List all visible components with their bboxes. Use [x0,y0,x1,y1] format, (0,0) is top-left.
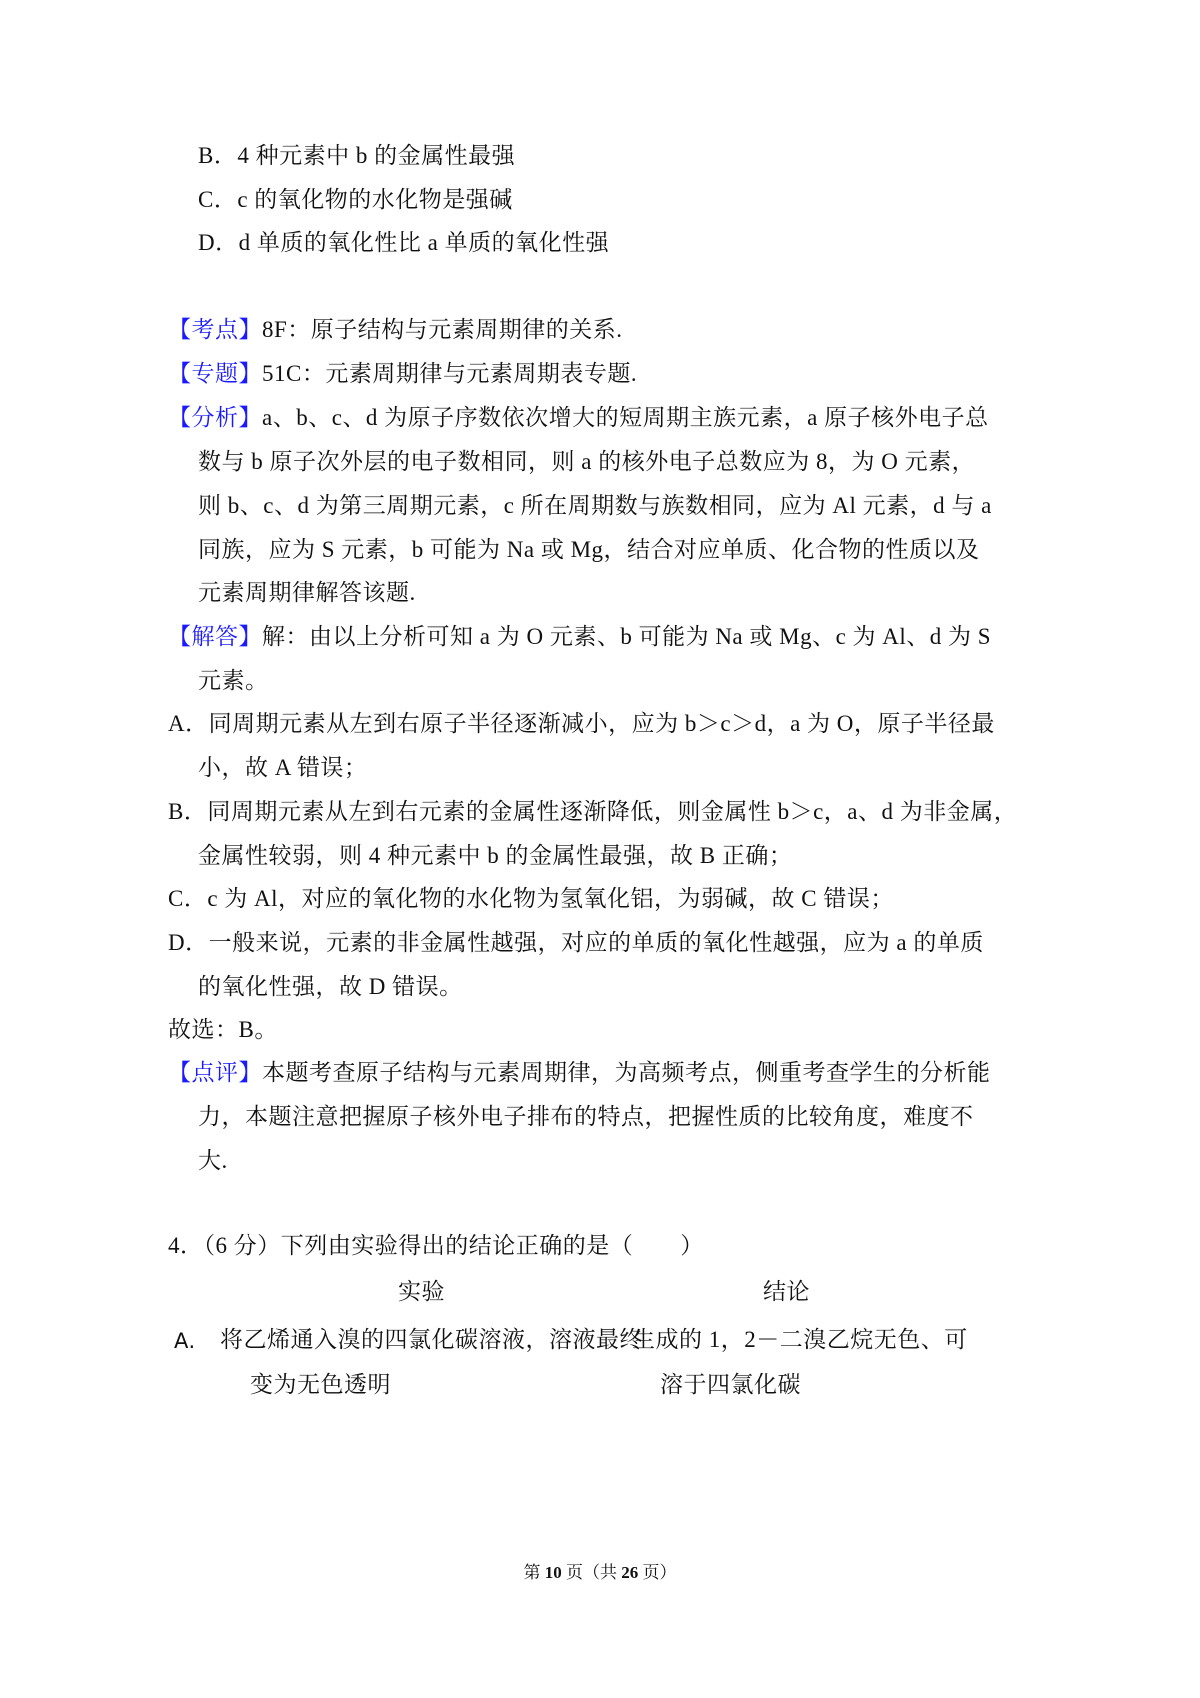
fenxi-line: 数与 b 原子次外层的电子数相同，则 a 的核外电子总数应为 8，为 O 元素， [198,447,975,477]
question-4-stem: 4．（6 分）下列由实验得出的结论正确的是（ ） [168,1231,704,1261]
option-letter: C． [198,187,237,212]
analysis-option-a: A．同周期元素从左到右原子半径逐渐减小，应为 b＞c＞d，a 为 O，原子半径最 [168,709,995,739]
q4-row-a-conclusion: 生成的 1，2－二溴乙烷无色、可 [632,1325,968,1355]
fenxi-section: 【分析】a、b、c、d 为原子序数依次增大的短周期主族元素，a 原子核外电子总 [168,403,989,433]
jieda-tag: 【解答】 [168,624,262,649]
page-number: 10 [545,1563,562,1582]
jieda-section: 【解答】解：由以上分析可知 a 为 O 元素、b 可能为 Na 或 Mg、c 为… [168,622,991,652]
option-letter: B． [198,143,237,168]
analysis-option-d: D．一般来说，元素的非金属性越强，对应的单质的氧化性越强，应为 a 的单质 [168,928,984,958]
fenxi-line: 则 b、c、d 为第三周期元素，c 所在周期数与族数相同，应为 Al 元素，d … [198,491,992,521]
footer-text: 页） [638,1563,676,1582]
option-text: 4 种元素中 b 的金属性最强 [237,143,515,168]
q4-row-a-conclusion-cont: 溶于四氯化碳 [660,1370,801,1400]
option-b: B．4 种元素中 b 的金属性最强 [198,141,515,171]
dianping-line: 力，本题注意把握原子核外电子排布的特点，把握性质的比较角度，难度不 [198,1102,974,1132]
fenxi-tag: 【分析】 [168,405,262,430]
kaodian-tag: 【考点】 [168,317,262,342]
dianping-line: 大. [198,1146,228,1176]
zhuanti-section: 【专题】51C：元素周期律与元素周期表专题. [168,359,637,389]
jieda-line: 解：由以上分析可知 a 为 O 元素、b 可能为 Na 或 Mg、c 为 Al、… [262,624,991,649]
analysis-option-b-cont: 金属性较弱，则 4 种元素中 b 的金属性最强，故 B 正确； [198,841,792,871]
dianping-section: 【点评】本题考查原子结构与元素周期律，为高频考点，侧重考查学生的分析能 [168,1058,991,1088]
option-text: c 的氧化物的水化物是强碱 [237,187,512,212]
page-footer: 第 10 页（共 26 页） [0,1562,1200,1584]
fenxi-line: a、b、c、d 为原子序数依次增大的短周期主族元素，a 原子核外电子总 [262,405,989,430]
footer-text: 页（共 [562,1563,622,1582]
footer-text: 第 [524,1563,545,1582]
col-header-conclusion: 结论 [763,1277,810,1307]
dianping-tag: 【点评】 [168,1060,262,1085]
kaodian-section: 【考点】8F：原子结构与元素周期律的关系. [168,315,623,345]
option-text: d 单质的氧化性比 a 单质的氧化性强 [239,230,609,255]
option-letter: D． [198,230,239,255]
col-header-experiment: 实验 [398,1277,445,1307]
fenxi-line: 元素周期律解答该题. [198,578,416,608]
analysis-option-c: C．c 为 Al，对应的氧化物的水化物为氢氧化铝，为弱碱，故 C 错误； [168,884,894,914]
option-d: D．d 单质的氧化性比 a 单质的氧化性强 [198,228,609,258]
q4-row-a-experiment: 将乙烯通入溴的四氯化碳溶液，溶液最终 [220,1325,643,1355]
q4-row-a-experiment-cont: 变为无色透明 [250,1370,391,1400]
fenxi-line: 同族，应为 S 元素，b 可能为 Na 或 Mg，结合对应单质、化合物的性质以及 [198,535,980,565]
total-pages: 26 [621,1563,638,1582]
jieda-line: 元素。 [198,666,269,696]
analysis-option-a-cont: 小，故 A 错误； [198,753,367,783]
zhuanti-text: 51C：元素周期律与元素周期表专题. [262,361,637,386]
answer: 故选：B。 [168,1015,278,1045]
analysis-option-d-cont: 的氧化性强，故 D 错误。 [198,972,463,1002]
dianping-line: 本题考查原子结构与元素周期律，为高频考点，侧重考查学生的分析能 [262,1060,991,1085]
analysis-option-b: B．同周期元素从左到右元素的金属性逐渐降低，则金属性 b＞c，a、d 为非金属， [168,797,1017,827]
q4-row-a-letter: A. [174,1326,196,1356]
option-c: C．c 的氧化物的水化物是强碱 [198,185,513,215]
zhuanti-tag: 【专题】 [168,361,262,386]
kaodian-text: 8F：原子结构与元素周期律的关系. [262,317,623,342]
